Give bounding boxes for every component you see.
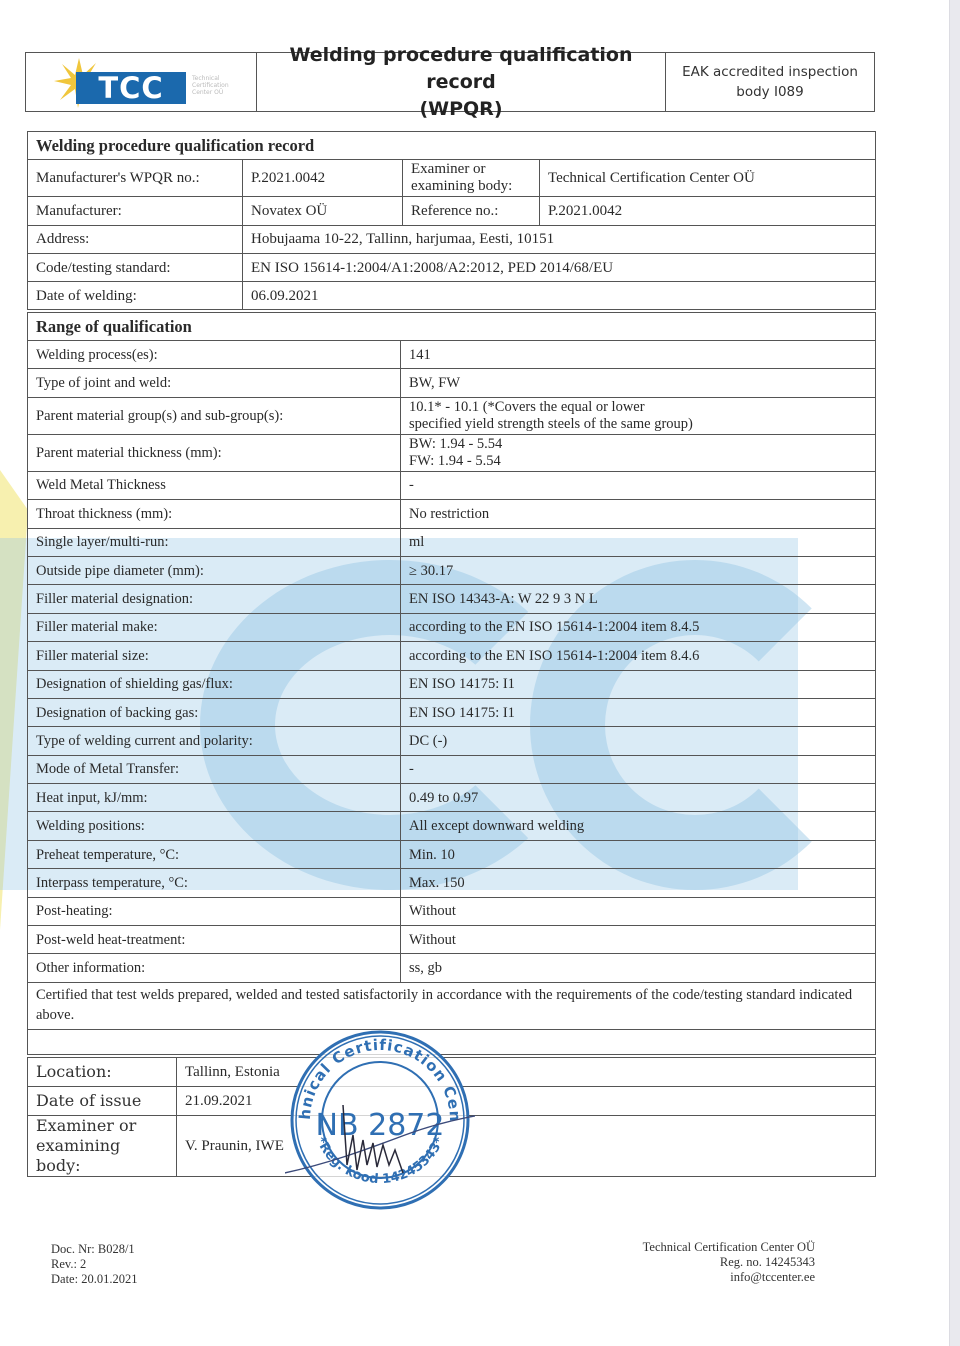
field-label: Designation of shielding gas/flux: bbox=[28, 670, 401, 698]
table-row: Type of welding current and polarity:DC … bbox=[28, 727, 876, 755]
field-value: DC (-) bbox=[401, 727, 876, 755]
field-value: Without bbox=[401, 926, 876, 954]
field-value: 06.09.2021 bbox=[243, 282, 876, 310]
table-row: Weld Metal Thickness- bbox=[28, 471, 876, 499]
field-label: Other information: bbox=[28, 954, 401, 982]
svg-text:NB 2872: NB 2872 bbox=[316, 1108, 445, 1143]
field-value: EN ISO 14175: I1 bbox=[401, 670, 876, 698]
document-page: TCC Technical Certification Center OÜ We… bbox=[0, 0, 950, 1346]
field-value: according to the EN ISO 15614-1:2004 ite… bbox=[401, 642, 876, 670]
field-label: Type of welding current and polarity: bbox=[28, 727, 401, 755]
field-value: P.2021.0042 bbox=[243, 160, 403, 197]
table-row: Filler material make:according to the EN… bbox=[28, 613, 876, 641]
section-header-row: Range of qualification bbox=[28, 313, 876, 341]
field-label: Post-heating: bbox=[28, 897, 401, 925]
field-label: Examiner or examining body: bbox=[28, 1116, 177, 1177]
field-label: Heat input, kJ/mm: bbox=[28, 784, 401, 812]
field-value: V. Praunin, IWE bbox=[177, 1116, 294, 1177]
table-row: Interpass temperature, °C:Max. 150 bbox=[28, 869, 876, 897]
table-row: Manufacturer's WPQR no.: P.2021.0042 Exa… bbox=[28, 160, 876, 197]
section-title: Welding procedure qualification record bbox=[28, 132, 876, 160]
field-value: Technical Certification Center OÜ bbox=[540, 160, 876, 197]
table-row: Filler material designation:EN ISO 14343… bbox=[28, 585, 876, 613]
field-value: ss, gb bbox=[401, 954, 876, 982]
field-label: Welding positions: bbox=[28, 812, 401, 840]
field-value: 0.49 to 0.97 bbox=[401, 784, 876, 812]
table-row: Throat thickness (mm):No restriction bbox=[28, 500, 876, 528]
table-row: Other information:ss, gb bbox=[28, 954, 876, 982]
doc-number: Doc. Nr: B028/1 bbox=[51, 1242, 137, 1257]
field-label: Filler material size: bbox=[28, 642, 401, 670]
field-label: Manufacturer's WPQR no.: bbox=[28, 160, 243, 197]
field-value: 141 bbox=[401, 341, 876, 369]
field-label: Date of issue bbox=[28, 1087, 177, 1116]
window-edge bbox=[949, 0, 960, 1346]
field-label: Code/testing standard: bbox=[28, 253, 243, 281]
table-row: Type of joint and weld:BW, FW bbox=[28, 369, 876, 397]
field-value: 10.1* - 10.1 (*Covers the equal or lower… bbox=[401, 397, 876, 434]
table-row: Filler material size:according to the EN… bbox=[28, 642, 876, 670]
registration-number: Reg. no. 14245343 bbox=[643, 1255, 815, 1270]
field-value: ml bbox=[401, 528, 876, 556]
field-value: EN ISO 14343-A: W 22 9 3 N L bbox=[401, 585, 876, 613]
logo-wordmark: TCC bbox=[76, 72, 186, 104]
certification-row: Certified that test welds prepared, weld… bbox=[28, 982, 876, 1029]
record-details-table: Welding procedure qualification record M… bbox=[27, 131, 876, 310]
watermark-yellow-ray bbox=[0, 470, 28, 930]
table-row: Parent material group(s) and sub-group(s… bbox=[28, 397, 876, 434]
field-label: Interpass temperature, °C: bbox=[28, 869, 401, 897]
field-value: P.2021.0042 bbox=[540, 197, 876, 225]
field-label: Outside pipe diameter (mm): bbox=[28, 556, 401, 584]
field-label: Preheat temperature, °C: bbox=[28, 840, 401, 868]
table-row: Single layer/multi-run:ml bbox=[28, 528, 876, 556]
field-value: Hobujaama 10-22, Tallinn, harjumaa, Eest… bbox=[243, 225, 876, 253]
accreditation-note: EAK accredited inspection body I089 bbox=[666, 53, 874, 111]
table-row: Heat input, kJ/mm:0.49 to 0.97 bbox=[28, 784, 876, 812]
field-label: Designation of backing gas: bbox=[28, 698, 401, 726]
field-value: Novatex OÜ bbox=[243, 197, 403, 225]
table-row: Date of welding: 06.09.2021 bbox=[28, 282, 876, 310]
field-label: Weld Metal Thickness bbox=[28, 471, 401, 499]
document-footer-right: Technical Certification Center OÜ Reg. n… bbox=[643, 1240, 815, 1285]
table-row: Code/testing standard: EN ISO 15614-1:20… bbox=[28, 253, 876, 281]
table-row: Address: Hobujaama 10-22, Tallinn, harju… bbox=[28, 225, 876, 253]
table-row: Parent material thickness (mm): BW: 1.94… bbox=[28, 434, 876, 471]
field-value: EN ISO 15614-1:2004/A1:2008/A2:2012, PED… bbox=[243, 253, 876, 281]
field-label: Single layer/multi-run: bbox=[28, 528, 401, 556]
range-of-qualification-table: Range of qualification Welding process(e… bbox=[27, 312, 876, 1055]
field-value: ≥ 30.17 bbox=[401, 556, 876, 584]
field-value: Max. 150 bbox=[401, 869, 876, 897]
document-header: TCC Technical Certification Center OÜ We… bbox=[25, 52, 875, 112]
field-label: Parent material group(s) and sub-group(s… bbox=[28, 397, 401, 434]
field-label: Type of joint and weld: bbox=[28, 369, 401, 397]
field-label: Welding process(es): bbox=[28, 341, 401, 369]
section-title: Range of qualification bbox=[28, 313, 876, 341]
tcc-logo: TCC Technical Certification Center OÜ bbox=[26, 53, 257, 111]
field-label: Examiner or examining body: bbox=[403, 160, 540, 197]
table-row: Welding positions:All except downward we… bbox=[28, 812, 876, 840]
field-value: EN ISO 14175: I1 bbox=[401, 698, 876, 726]
field-label: Post-weld heat-treatment: bbox=[28, 926, 401, 954]
field-label: Location: bbox=[28, 1058, 177, 1087]
field-value: according to the EN ISO 15614-1:2004 ite… bbox=[401, 613, 876, 641]
table-row: Post-heating:Without bbox=[28, 897, 876, 925]
field-value: - bbox=[401, 755, 876, 783]
field-label: Address: bbox=[28, 225, 243, 253]
field-value: BW, FW bbox=[401, 369, 876, 397]
field-value: - bbox=[401, 471, 876, 499]
field-value: BW: 1.94 - 5.54 FW: 1.94 - 5.54 bbox=[401, 434, 876, 471]
table-row: Manufacturer: Novatex OÜ Reference no.: … bbox=[28, 197, 876, 225]
field-value: Without bbox=[401, 897, 876, 925]
field-label: Reference no.: bbox=[403, 197, 540, 225]
table-row: Post-weld heat-treatment:Without bbox=[28, 926, 876, 954]
revision: Rev.: 2 bbox=[51, 1257, 137, 1272]
logo-subtext: Technical Certification Center OÜ bbox=[192, 75, 229, 96]
contact-email: info@tccenter.ee bbox=[643, 1270, 815, 1285]
field-label: Filler material make: bbox=[28, 613, 401, 641]
doc-date: Date: 20.01.2021 bbox=[51, 1272, 137, 1287]
field-value: Tallinn, Estonia bbox=[177, 1058, 294, 1087]
table-row: Welding process(es):141 bbox=[28, 341, 876, 369]
official-stamp-icon: Technical Certification Center *Reg. koo… bbox=[285, 1025, 475, 1215]
field-label: Filler material designation: bbox=[28, 585, 401, 613]
field-value: 21.09.2021 bbox=[177, 1087, 294, 1116]
field-label: Date of welding: bbox=[28, 282, 243, 310]
section-header-row: Welding procedure qualification record bbox=[28, 132, 876, 160]
field-value: All except downward welding bbox=[401, 812, 876, 840]
document-footer-left: Doc. Nr: B028/1 Rev.: 2 Date: 20.01.2021 bbox=[51, 1242, 137, 1287]
table-row: Mode of Metal Transfer:- bbox=[28, 755, 876, 783]
field-label: Mode of Metal Transfer: bbox=[28, 755, 401, 783]
field-value: No restriction bbox=[401, 500, 876, 528]
field-label: Parent material thickness (mm): bbox=[28, 434, 401, 471]
certification-statement: Certified that test welds prepared, weld… bbox=[28, 982, 876, 1029]
table-row: Designation of backing gas:EN ISO 14175:… bbox=[28, 698, 876, 726]
table-row: Designation of shielding gas/flux:EN ISO… bbox=[28, 670, 876, 698]
field-label: Throat thickness (mm): bbox=[28, 500, 401, 528]
field-label: Manufacturer: bbox=[28, 197, 243, 225]
table-row: Preheat temperature, °C:Min. 10 bbox=[28, 840, 876, 868]
field-value: Min. 10 bbox=[401, 840, 876, 868]
table-row: Outside pipe diameter (mm):≥ 30.17 bbox=[28, 556, 876, 584]
document-title: Welding procedure qualification record (… bbox=[257, 53, 666, 111]
company-name: Technical Certification Center OÜ bbox=[643, 1240, 815, 1255]
